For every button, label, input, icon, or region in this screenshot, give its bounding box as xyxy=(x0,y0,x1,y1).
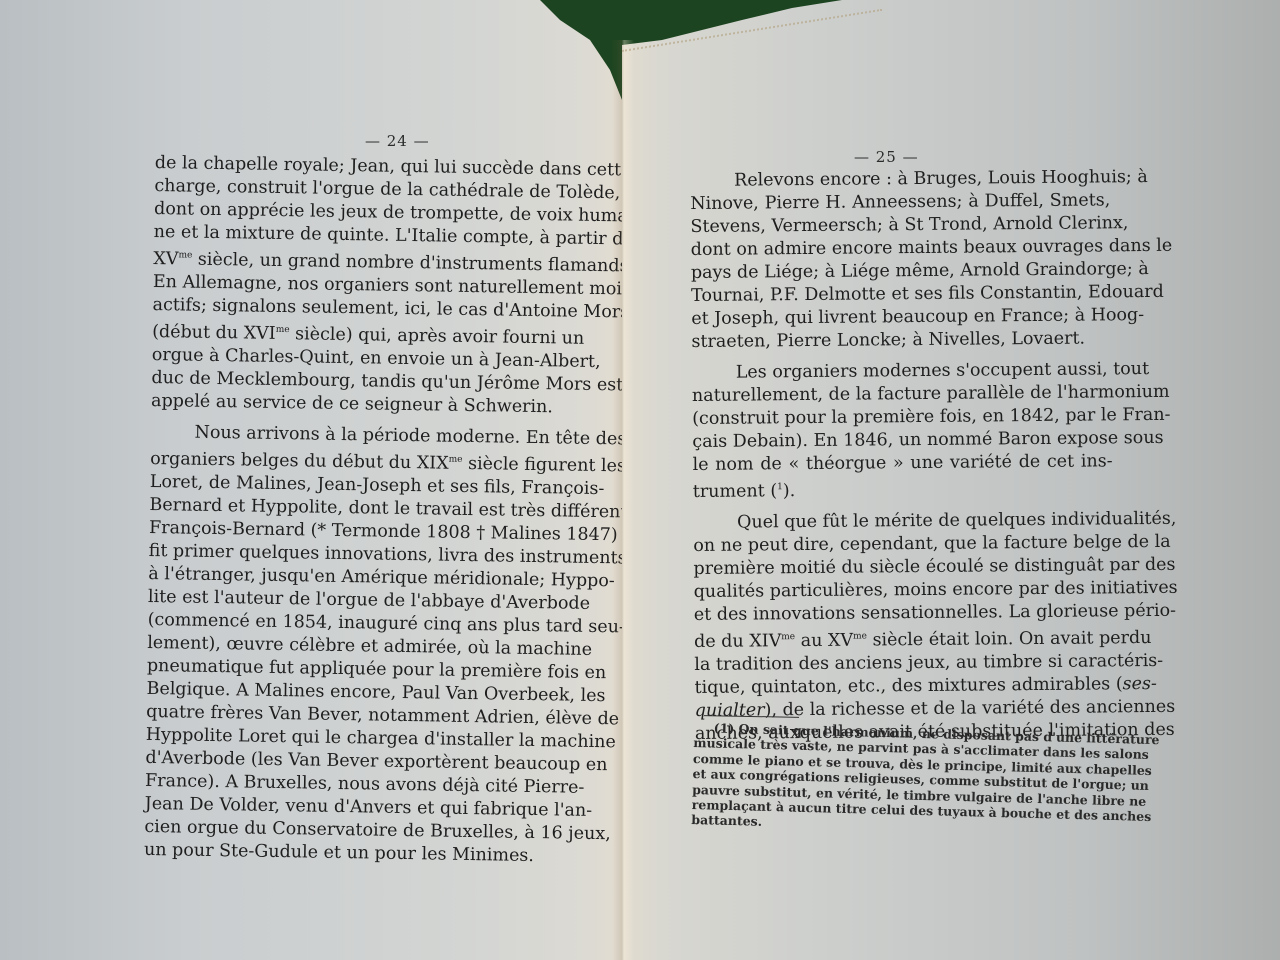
superscript: me xyxy=(276,325,290,335)
paragraph: Quel que fût le mérite de quelques indiv… xyxy=(693,508,1115,746)
text-line: le nom de « théorgue » une variété de ce… xyxy=(692,450,1112,477)
paragraph: Les organiers modernes s'occupent aussi,… xyxy=(692,358,1113,504)
footnote: (1) On sait que l'harmonium, ne disposan… xyxy=(691,720,1108,839)
text-line: de du XIVme au XVme siècle était loin. O… xyxy=(694,623,1114,654)
superscript: me xyxy=(853,631,867,641)
paragraph: Relevons encore : à Bruges, Louis Hooghu… xyxy=(690,166,1112,354)
right-page: — 25 — Relevons encore : à Bruges, Louis… xyxy=(622,0,1280,960)
superscript: me xyxy=(178,250,192,260)
paragraph: Nous arrivons à la période moderne. En t… xyxy=(144,421,583,869)
superscript: me xyxy=(781,632,795,642)
book-gutter xyxy=(612,40,634,960)
superscript: me xyxy=(449,455,463,465)
left-page-body: de la chapelle royale; Jean, qui lui suc… xyxy=(144,152,587,869)
paragraph: de la chapelle royale; Jean, qui lui suc… xyxy=(151,152,587,420)
text-line: trument (1). xyxy=(693,473,1113,504)
right-page-body: Relevons encore : à Bruges, Louis Hooghu… xyxy=(690,166,1115,746)
superscript: 1 xyxy=(777,482,783,492)
text-line: straeten, Pierre Loncke; à Nivelles, Lov… xyxy=(691,327,1111,354)
left-page: — 24 — de la chapelle royale; Jean, qui … xyxy=(0,0,622,960)
page-number-24: — 24 — xyxy=(365,132,430,150)
page-number-25: — 25 — xyxy=(854,148,919,166)
